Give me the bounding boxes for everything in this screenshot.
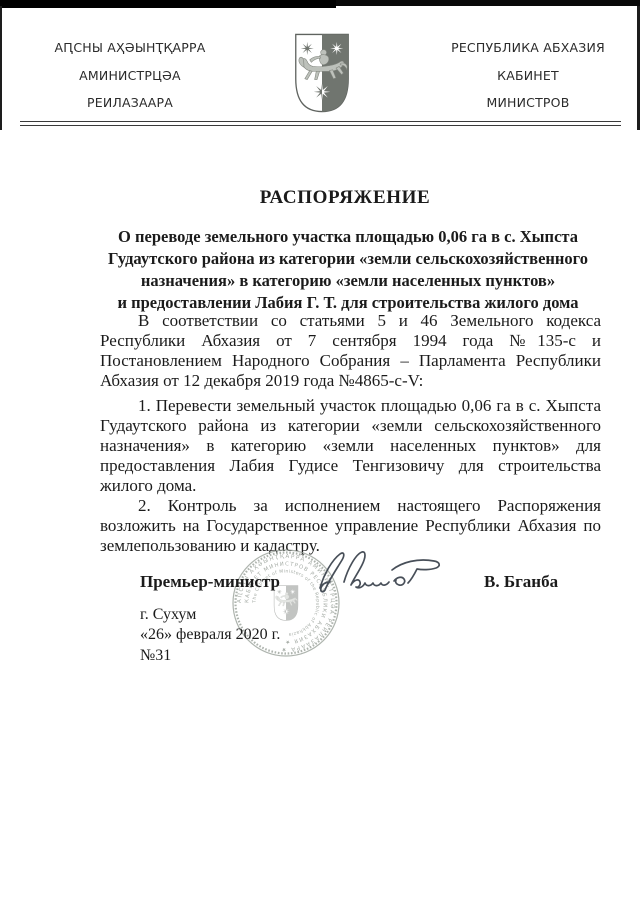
issue-city: г. Сухум (140, 606, 196, 624)
resolution-item-1: 1. Перевести земельный участок площадью … (100, 396, 601, 496)
scan-artifact-top-bar-left (0, 0, 336, 8)
resolution-items: 1. Перевести земельный участок площадью … (100, 396, 601, 556)
issue-date: «26» февраля 2020 г. (140, 626, 280, 644)
letterhead-abkhaz: АԤСНЫ АҲӘЫНҬҚАРРА АМИНИСТРЦӘА РЕИЛАЗААРА (30, 34, 230, 117)
document-title: РАСПОРЯЖЕНИЕ (95, 187, 595, 209)
signer-name: В. Бганба (484, 572, 558, 592)
letterhead-abkhaz-line: АԤСНЫ АҲӘЫНҬҚАРРА (30, 34, 230, 62)
subject-line: назначения» в категорию «земли населенны… (88, 270, 608, 292)
letterhead-russian-line: РЕСПУБЛИКА АБХАЗИЯ (428, 34, 628, 62)
document-number: №31 (140, 647, 171, 665)
letterhead-abkhaz-line: РЕИЛАЗААРА (30, 89, 230, 117)
handwritten-signature-icon (316, 546, 446, 594)
scanned-document-page: АԤСНЫ АҲӘЫНҬҚАРРА АМИНИСТРЦӘА РЕИЛАЗААРА… (0, 0, 640, 905)
signer-role: Премьер-министр (140, 572, 280, 592)
scan-artifact-left-edge (0, 6, 2, 130)
letterhead-russian: РЕСПУБЛИКА АБХАЗИЯ КАБИНЕТ МИНИСТРОВ (428, 34, 628, 117)
preamble-paragraph: В соответствии со статьями 5 и 46 Земель… (100, 311, 601, 391)
letterhead-russian-line: МИНИСТРОВ (428, 89, 628, 117)
letterhead-abkhaz-line: АМИНИСТРЦӘА (30, 62, 230, 90)
letterhead-russian-line: КАБИНЕТ (428, 62, 628, 90)
subject-line: О переводе земельного участка площадью 0… (88, 226, 608, 248)
letterhead-divider (20, 121, 621, 126)
coat-of-arms-icon (289, 32, 355, 114)
preamble-text: В соответствии со статьями 5 и 46 Земель… (100, 311, 601, 391)
document-subject: О переводе земельного участка площадью 0… (88, 226, 608, 314)
subject-line: Гудаутского района из категории «земли с… (88, 248, 608, 270)
